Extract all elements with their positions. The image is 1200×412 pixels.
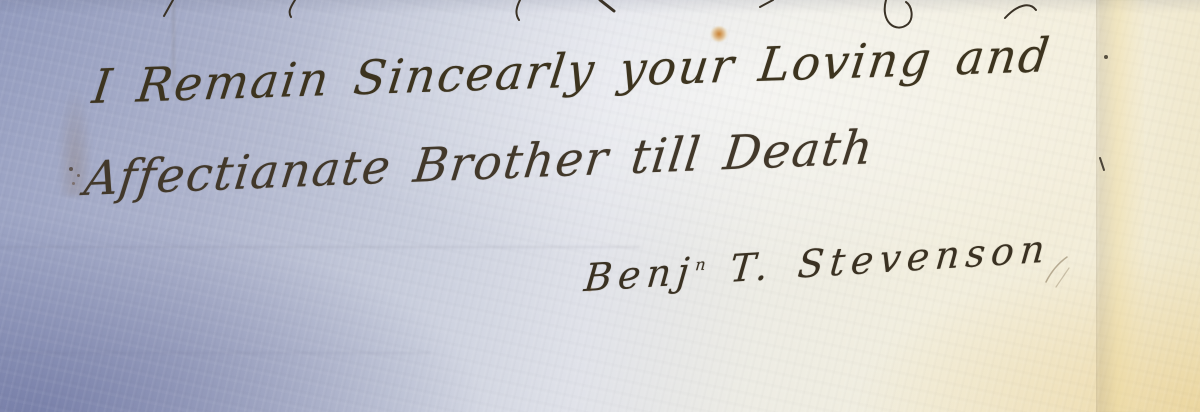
signature-prefix: Benj bbox=[582, 249, 697, 300]
signature-rest: T. Stevenson bbox=[704, 226, 1053, 292]
handwriting-line-2: Affectianate Brother till Death bbox=[81, 120, 877, 207]
cutoff-stroke bbox=[290, 0, 295, 17]
fold-crease-right bbox=[1096, 0, 1144, 412]
faint-pen-stroke bbox=[1056, 268, 1069, 287]
cutoff-stroke bbox=[1005, 5, 1036, 18]
cutoff-stroke bbox=[760, 0, 773, 7]
ink-dot bbox=[77, 174, 80, 177]
cutoff-stroke bbox=[600, 0, 614, 11]
cutoff-stroke bbox=[516, 0, 520, 20]
ink-tick bbox=[1100, 158, 1104, 170]
fold-crease-horizontal-2 bbox=[0, 352, 430, 354]
fold-crease-horizontal-1 bbox=[0, 246, 640, 248]
ink-dot bbox=[72, 182, 75, 185]
handwriting-line-2-text: Affectianate Brother till Death bbox=[81, 120, 877, 207]
signature-line: Benjn T. Stevenson bbox=[582, 226, 1052, 300]
ink-speck bbox=[1104, 55, 1108, 59]
handwriting-line-1: I Remain Sincearly your Loving and bbox=[89, 28, 1054, 115]
handwriting-line-1-text: I Remain Sincearly your Loving and bbox=[89, 28, 1054, 115]
letter-page: I Remain Sincearly your Loving and Affec… bbox=[0, 0, 1200, 412]
ink-dot bbox=[69, 167, 73, 171]
cutoff-loop-stroke bbox=[885, 0, 912, 28]
